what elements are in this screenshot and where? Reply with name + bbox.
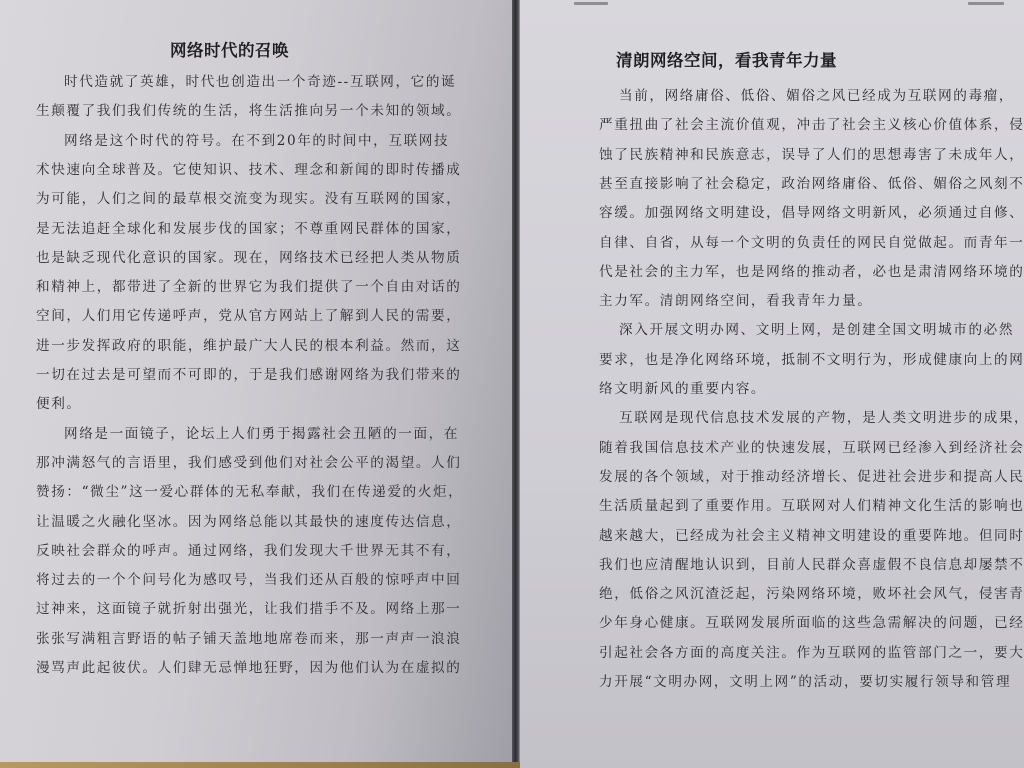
text-line: 我们也应清醒地认识到，目前人民群众喜虚假不良信息却屡禁不 [599, 553, 1024, 573]
desk-edge [0, 762, 520, 768]
right-page: 清朗网络空间，看我青年力量 当前，网络庸俗、低俗、媚俗之风已经成为互联网的毒瘤，… [519, 0, 1024, 768]
staple-mark [574, 2, 608, 5]
text-line: 反映社会群众的呼声。通过网络，我们发现大千世界无其不有， [36, 539, 461, 559]
text-line: 漫骂声此起彼伏。人们肆无忌惮地狂野，因为他们认为在虚拟的 [36, 656, 461, 676]
text-line: 要求，也是净化网络环境，抵制不文明行为，形成健康向上的网 [599, 348, 1024, 368]
text-line: 让温暖之火融化坚冰。因为网络总能以其最快的速度传达信息， [36, 510, 461, 530]
text-line: 是无法追赶全球化和发展步伐的国家；不尊重网民群体的国家， [36, 217, 461, 237]
text-line: 过神来，这面镜子就折射出强光，让我们措手不及。网络上那一 [36, 597, 461, 617]
text-line: 进一步发挥政府的职能，维护最广大人民的根本利益。然而，这 [36, 334, 461, 354]
text-line: 随着我国信息技术产业的快速发展，互联网已经渗入到经济社会 [599, 436, 1024, 456]
staple-mark [968, 2, 1004, 5]
text-line: 深入开展文明办网、文明上网，是创建全国文明城市的必然 [619, 318, 1014, 338]
text-line: 绝，低俗之风沉渣泛起，污染网络环境，败坏社会风气，侵害青 [599, 582, 1024, 602]
text-line: 张张写满粗言野语的帖子铺天盖地地席卷而来，那一声声一浪浪 [36, 627, 461, 647]
text-line: 络文明新风的重要内容。 [599, 377, 766, 397]
text-line: 生活质量起到了重要作用。互联网对人们精神文化生活的影响也 [599, 494, 1024, 514]
left-page: 网络时代的召唤 时代造就了英雄，时代也创造出一个奇迹--互联网，它的诞生颠覆了我… [0, 0, 513, 762]
text-line: 生颠覆了我们我们传统的生活，将生活推向另一个未知的领域。 [36, 99, 461, 119]
text-line: 严重扭曲了社会主流价值观，冲击了社会主义核心价值体系，侵 [599, 113, 1024, 133]
text-line: 蚀了民族精神和民族意志，误导了人们的思想毒害了未成年人， [599, 143, 1024, 163]
text-line: 网络是一面镜子，论坛上人们勇于揭露社会丑陋的一面，在 [64, 422, 459, 442]
text-line: 和精神上，都带进了全新的世界它为我们提供了一个自由对话的 [36, 275, 461, 295]
text-line: 自律、自省，从每一个文明的负责任的网民自觉做起。而青年一 [599, 231, 1024, 251]
text-line: 甚至直接影响了社会稳定，政治网络庸俗、低俗、媚俗之风刻不 [599, 172, 1024, 192]
left-page-title: 网络时代的召唤 [170, 37, 289, 61]
text-line: 当前，网络庸俗、低俗、媚俗之风已经成为互联网的毒瘤， [619, 84, 1014, 104]
text-line: 发展的各个领域，对于推动经济增长、促进社会进步和提高人民 [599, 465, 1024, 485]
text-line: 为可能，人们之间的最草根交流变为现实。没有互联网的国家， [36, 187, 461, 207]
text-line: 将过去的一个个问号化为感叹号，当我们还从百般的惊呼声中回 [36, 568, 461, 588]
text-line: 代是社会的主力军，也是网络的推动者，必也是肃清网络环境的 [599, 260, 1024, 280]
text-line: 也是缺乏现代化意识的国家。现在，网络技术已经把人类从物质 [36, 246, 461, 266]
text-line: 网络是这个时代的符号。在不到20年的时间中，互联网技 [64, 129, 449, 149]
text-line: 便利。 [36, 392, 82, 412]
text-line: 主力军。清朗网络空间，看我青年力量。 [599, 289, 873, 309]
text-line: 越来越大，已经成为社会主义精神文明建设的重要阵地。但同时， [599, 524, 1024, 544]
text-line: 赞扬：“微尘”这一爱心群体的无私奉献，我们在传递爱的火炬， [36, 480, 463, 500]
text-line: 一切在过去是可望而不可即的，于是我们感谢网络为我们带来的 [36, 363, 461, 383]
text-line: 术快速向全球普及。它使知识、技术、理念和新闻的即时传播成 [36, 158, 461, 178]
text-line: 那冲满怒气的言语里，我们感受到他们对社会公平的渴望。人们 [36, 451, 461, 471]
text-line: 引起社会各方面的高度关注。作为互联网的监管部门之一，要大 [599, 641, 1024, 661]
text-line: 少年身心健康。互联网发展所面临的这些急需解决的问题，已经 [599, 611, 1024, 631]
right-page-title: 清朗网络空间，看我青年力量 [616, 47, 837, 71]
text-line: 互联网是现代信息技术发展的产物，是人类文明进步的成果， [619, 406, 1024, 426]
text-line: 力开展“文明办网，文明上网”的活动，要切实履行领导和管理 [599, 670, 1011, 690]
text-line: 时代造就了英雄，时代也创造出一个奇迹--互联网，它的诞 [64, 70, 456, 90]
text-line: 容缓。加强网络文明建设，倡导网络文明新风，必须通过自修、 [599, 201, 1024, 221]
text-line: 空间，人们用它传递呼声，党从官方网站上了解到人民的需要， [36, 304, 461, 324]
